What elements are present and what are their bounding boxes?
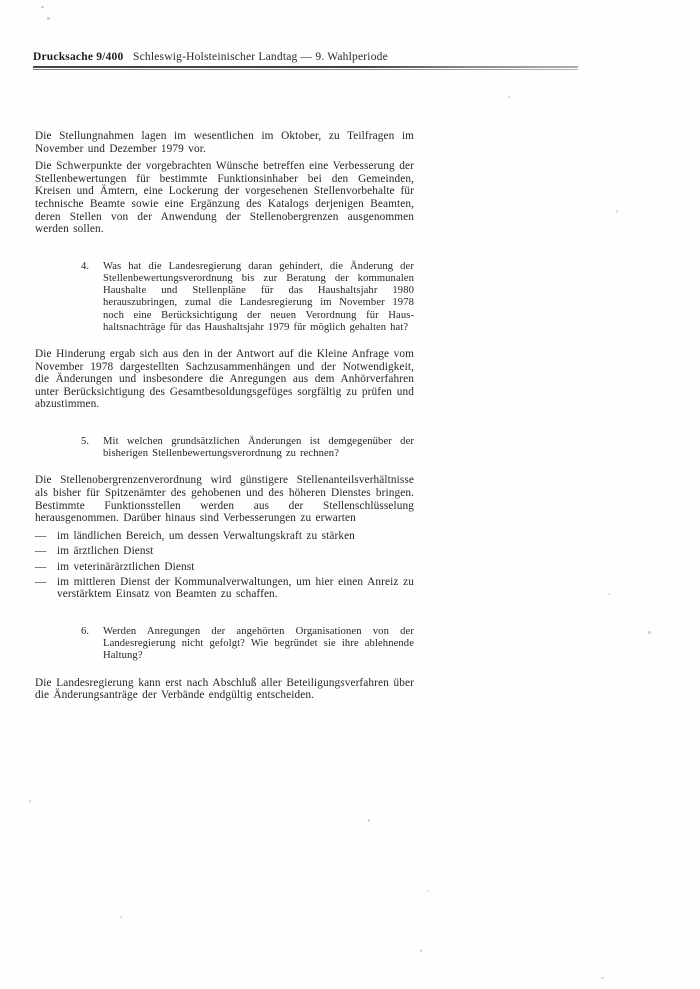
scan-speck [427, 890, 429, 892]
scan-speck [616, 210, 618, 213]
paragraph: Die Schwerpunkte der vorgebrachten Wünsc… [35, 160, 414, 236]
question-text: Mit welchen grundsätzlichen Änderungen i… [103, 436, 414, 459]
list-item: —im veterinärärztlichen Dienst [35, 561, 414, 574]
header-rule-thick [33, 66, 578, 68]
scan-speck [601, 977, 604, 979]
scan-speck [120, 916, 122, 918]
scan-speck [368, 819, 370, 822]
list-item: —im mittleren Dienst der Kommunalverwalt… [35, 576, 414, 601]
list-item: —im ärztlichen Dienst [35, 545, 414, 558]
numbered-question: 6.Werden Anregungen der angehörten Organ… [35, 626, 414, 663]
list-item-text: im ländlichen Bereich, um dessen Verwalt… [57, 530, 355, 542]
question-text: Werden Anregungen der angehörten Organis… [103, 626, 414, 661]
header-rule [33, 66, 578, 72]
scan-speck [47, 17, 50, 20]
paragraph: Die Stellungnahmen lagen im wesentlichen… [35, 130, 414, 155]
list-item: —im ländlichen Bereich, um dessen Verwal… [35, 530, 414, 543]
dash-bullet: — [35, 545, 46, 558]
dash-list: —im ländlichen Bereich, um dessen Verwal… [35, 530, 414, 601]
numbered-question: 4.Was hat die Landesregierung daran gehi… [35, 261, 414, 334]
paragraph: Die Stellenobergrenzenverordnung wird gü… [35, 474, 414, 524]
question-text: Was hat die Landesregierung daran gehind… [103, 261, 414, 333]
question-number: 4. [81, 261, 89, 273]
header-title: Schleswig-Holsteinischer Landtag — 9. Wa… [133, 51, 388, 63]
document-body: Die Stellungnahmen lagen im wesentlichen… [35, 130, 414, 707]
list-item-text: im veterinärärztlichen Dienst [57, 561, 194, 573]
numbered-question: 5.Mit welchen grundsätzlichen Änderungen… [35, 436, 414, 460]
paragraph: Die Landesregierung kann erst nach Absch… [35, 677, 414, 702]
paragraph: Die Hinderung ergab sich aus den in der … [35, 348, 414, 411]
dash-bullet: — [35, 576, 46, 589]
dash-bullet: — [35, 561, 46, 574]
list-item-text: im mittleren Dienst der Kommunalverwaltu… [57, 576, 414, 601]
dash-bullet: — [35, 530, 46, 543]
scan-speck [608, 593, 610, 595]
scan-speck [29, 800, 31, 803]
question-number: 6. [81, 626, 89, 638]
scan-speck [41, 6, 44, 8]
document-page: Drucksache 9/400 Schleswig-Holsteinische… [0, 0, 700, 989]
scan-speck [508, 96, 510, 98]
scan-speck [648, 631, 651, 634]
doc-number: Drucksache 9/400 [33, 51, 123, 63]
header-rule-thin [33, 69, 578, 70]
question-number: 5. [81, 436, 89, 448]
scan-speck [420, 949, 422, 952]
list-item-text: im ärztlichen Dienst [57, 545, 153, 557]
